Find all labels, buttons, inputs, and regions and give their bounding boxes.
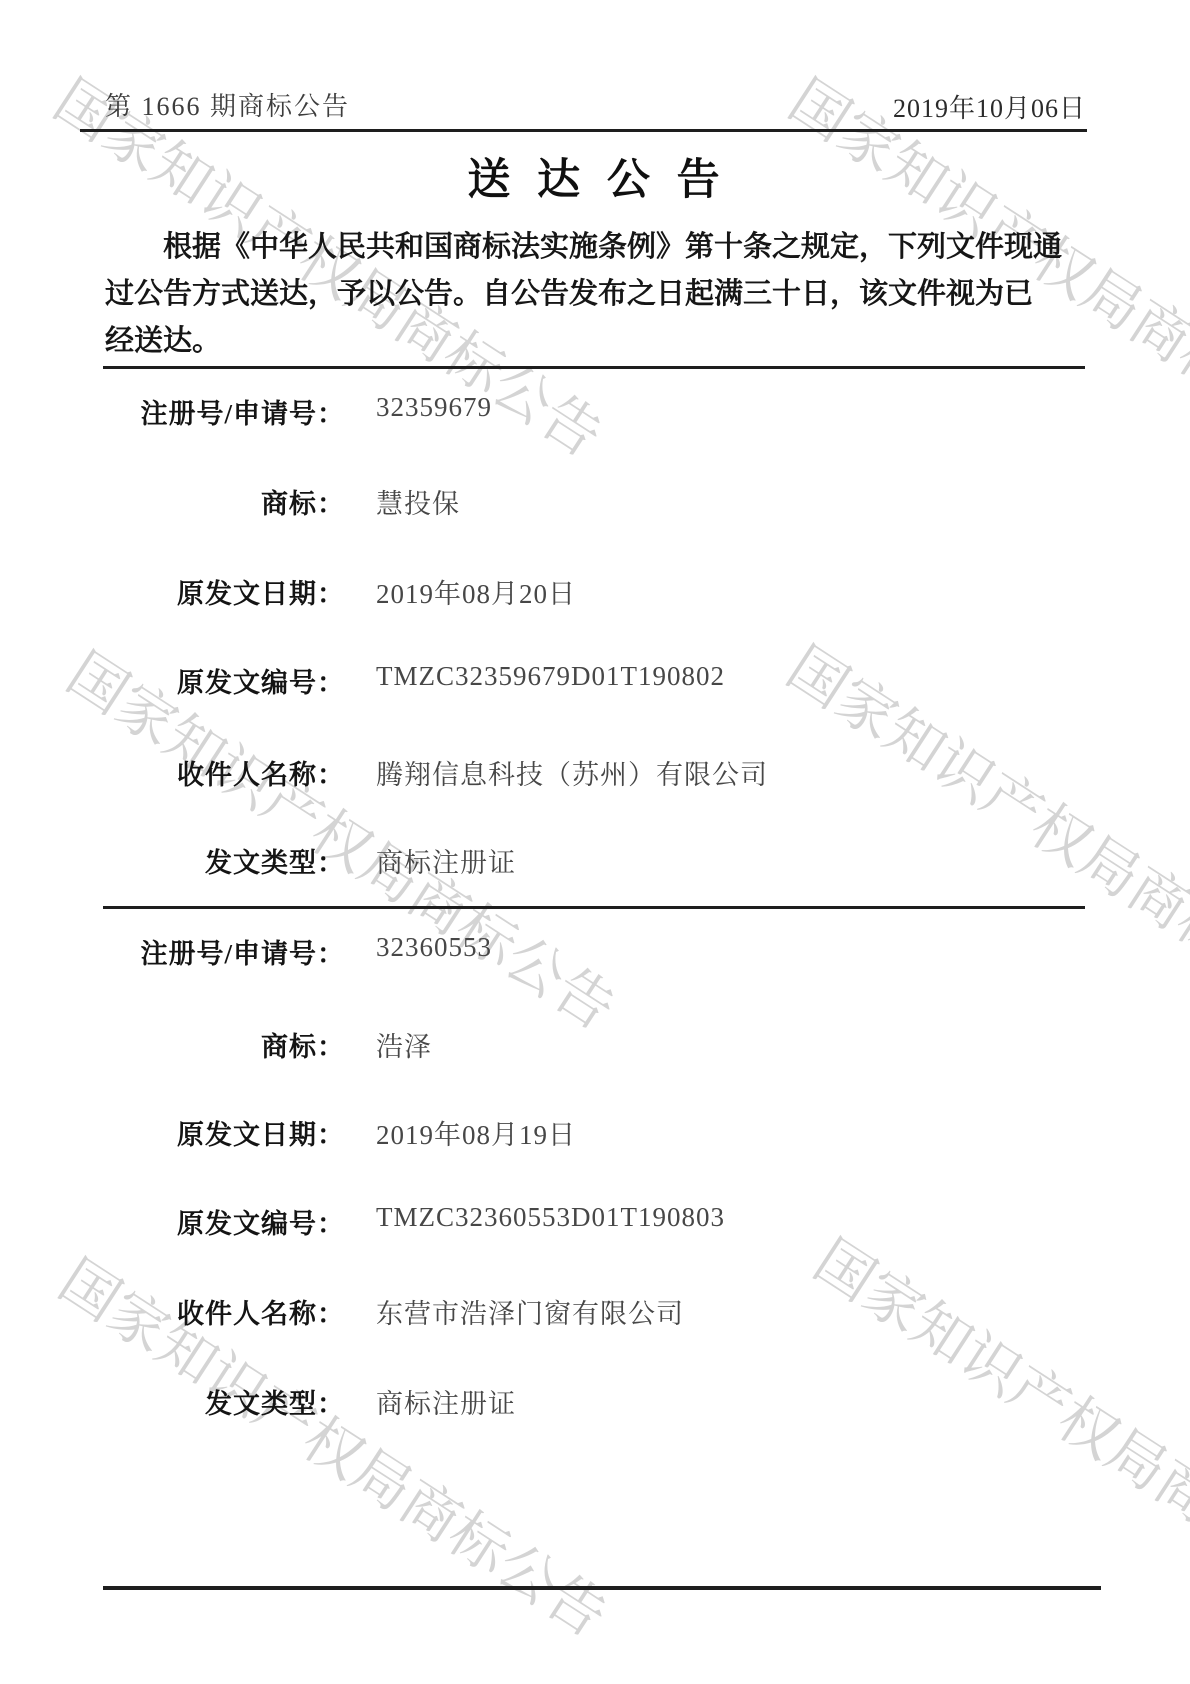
record2-row-original-number: 原发文编号： TMZC32360553D01T190803 [0,1202,1190,1236]
field-value: 浩泽 [376,1025,432,1064]
field-value: 32360553 [376,932,492,963]
record2-row-document-type: 发文类型： 商标注册证 [0,1382,1190,1416]
record1-row-original-date: 原发文日期： 2019年08月20日 [0,572,1190,606]
record1-row-recipient-name: 收件人名称： 腾翔信息科技（苏州）有限公司 [0,753,1190,787]
record1-row-registration-number: 注册号/申请号： 32359679 [0,392,1190,426]
field-value: TMZC32360553D01T190803 [376,1202,725,1233]
record2-row-original-date: 原发文日期： 2019年08月19日 [0,1113,1190,1147]
field-value: 2019年08月19日 [376,1113,576,1152]
record1-row-document-type: 发文类型： 商标注册证 [0,841,1190,875]
page-bottom-rule [103,1586,1101,1590]
field-label: 原发文编号： [0,1202,345,1241]
page-title: 送 达 公 告 [0,146,1190,207]
field-label: 商标： [0,482,345,521]
record2-row-trademark: 商标： 浩泽 [0,1025,1190,1059]
publication-date: 2019年10月06日 [893,88,1086,125]
header-rule [80,129,1087,132]
field-value: 商标注册证 [376,841,516,880]
record2-row-recipient-name: 收件人名称： 东营市浩泽门窗有限公司 [0,1292,1190,1326]
gazette-issue-number: 第 1666 期商标公告 [105,86,350,123]
field-value: 腾翔信息科技（苏州）有限公司 [376,753,768,792]
field-label: 原发文日期： [0,572,345,611]
field-label: 注册号/申请号： [0,392,345,431]
field-label: 发文类型： [0,1382,345,1421]
gazette-page: 国家知识产权局商标公告 国家知识产权局商标公告 国家知识产权局商标公告 国家知识… [0,0,1190,1684]
intro-line-3: 经送达。 [105,318,1095,365]
record2-row-registration-number: 注册号/申请号： 32360553 [0,932,1190,966]
field-value: 32359679 [376,392,492,423]
field-label: 注册号/申请号： [0,932,345,971]
field-label: 商标： [0,1025,345,1064]
watermark-bottom-right: 国家知识产权局商标公告 [801,1215,1190,1633]
field-label: 发文类型： [0,841,345,880]
record1-row-original-number: 原发文编号： TMZC32359679D01T190802 [0,661,1190,695]
field-value: TMZC32359679D01T190802 [376,661,725,692]
field-value: 2019年08月20日 [376,572,576,611]
field-label: 原发文日期： [0,1113,345,1152]
field-value: 慧投保 [376,482,460,521]
record-divider-middle [103,906,1085,909]
intro-line-1: 根据《中华人民共和国商标法实施条例》第十条之规定，下列文件现通 [105,224,1095,271]
field-label: 收件人名称： [0,753,345,792]
field-value: 商标注册证 [376,1382,516,1421]
record1-row-trademark: 商标： 慧投保 [0,482,1190,516]
record-divider-top [103,366,1085,369]
intro-line-2: 过公告方式送达，予以公告。自公告发布之日起满三十日，该文件视为已 [105,271,1095,318]
field-label: 收件人名称： [0,1292,345,1331]
intro-paragraph: 根据《中华人民共和国商标法实施条例》第十条之规定，下列文件现通 过公告方式送达，… [105,224,1095,365]
field-value: 东营市浩泽门窗有限公司 [376,1292,684,1331]
field-label: 原发文编号： [0,661,345,700]
